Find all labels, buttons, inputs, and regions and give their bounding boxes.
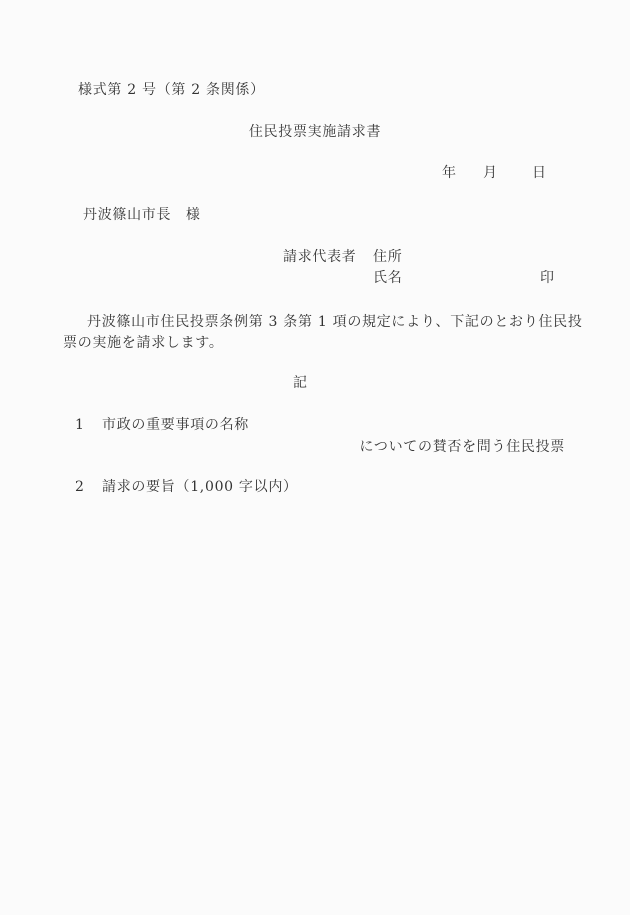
representative-address-label: 住所 [373,250,402,264]
body-line-1: 丹波篠山市住民投票条例第 3 条第 1 項の規定により、下記のとおり住民投 [87,315,583,329]
notation-header: 記 [293,376,308,390]
seal-mark: 印 [540,271,555,285]
date-day-label: 日 [532,166,547,180]
date-year-label: 年 [442,166,457,180]
item-2-label: 請求の要旨（1,000 字以内） [102,480,298,494]
document-page: 様式第 2 号（第 2 条関係） 住民投票実施請求書 年 月 日 丹波篠山市長 … [0,0,630,915]
representative-name-label: 氏名 [373,271,402,285]
date-month-label: 月 [483,166,498,180]
item-1-referendum-suffix: についての賛否を問う住民投票 [359,440,565,454]
document-title: 住民投票実施請求書 [0,125,630,139]
item-1-label: 市政の重要事項の名称 [102,418,249,432]
form-number: 様式第 2 号（第 2 条関係） [78,83,265,97]
representative-role-label: 請求代表者 [283,250,357,264]
addressee: 丹波篠山市長 様 [83,208,201,222]
item-1-number: 1 [75,418,85,432]
item-2-number: 2 [75,480,85,494]
body-line-2: 票の実施を請求します。 [63,336,224,350]
